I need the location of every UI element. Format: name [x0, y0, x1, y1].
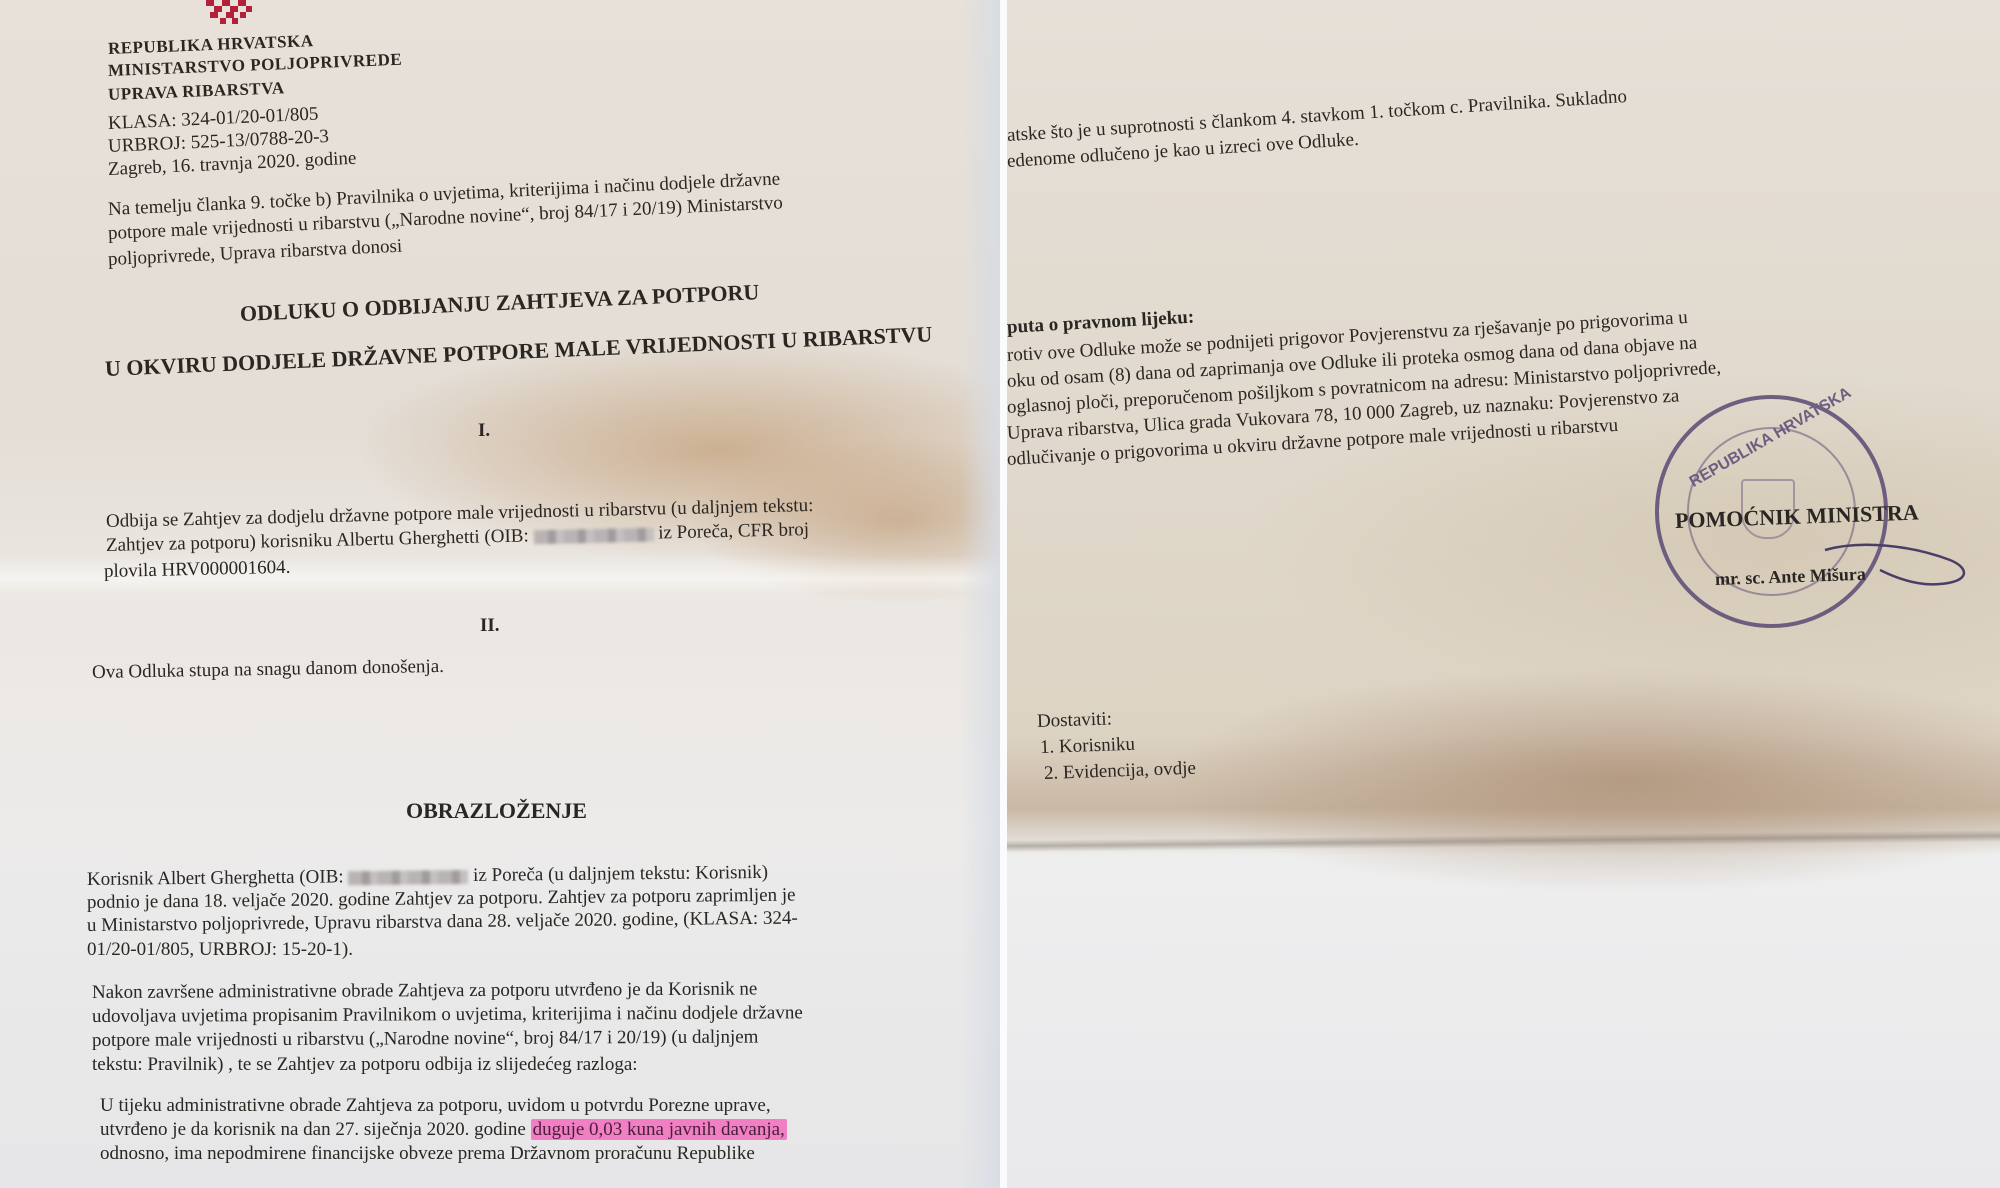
- reasoning-p1-line: u Ministarstvo poljoprivrede, Upravu rib…: [87, 909, 798, 935]
- reasoning-p3-line: U tijeku administrativne obrade Zahtjeva…: [100, 1096, 771, 1115]
- redacted-oib: [533, 527, 653, 544]
- delivery-item: 1. Korisniku: [1040, 735, 1136, 757]
- left-document-photo: REPUBLIKA HRVATSKA MINISTARSTVO POLJOPRI…: [0, 0, 1000, 1188]
- header-directorate: UPRAVA RIBARSTVA: [108, 79, 285, 103]
- reasoning-p2-line: potpore male vrijednosti u ribarstvu („N…: [92, 1028, 759, 1050]
- legal-remedy-heading: puta o pravnom lijeku:: [1007, 308, 1195, 337]
- signature-scribble-icon: [1820, 540, 1980, 600]
- paper-edge-shadow: [960, 0, 1000, 1188]
- delivery-heading: Dostaviti:: [1037, 709, 1113, 731]
- reasoning-p2-line: Nakon završene administrativne obrade Za…: [92, 980, 757, 1002]
- reasoning-p2-line: udovoljava uvjetima propisanim Pravilnik…: [92, 1003, 803, 1026]
- reasoning-heading: OBRAZLOŽENJE: [406, 800, 587, 822]
- decision-title: ODLUKU O ODBIJANJU ZAHTJEVA ZA POTPORU: [240, 281, 760, 325]
- paper-fold: [1007, 830, 2000, 852]
- redacted-oib: [348, 870, 468, 885]
- reasoning-p2-line: tekstu: Pravilnik) , te se Zahtjev za po…: [92, 1055, 638, 1074]
- section1-line: plovila HRV000001604.: [104, 558, 291, 581]
- decision-subtitle: U OKVIRU DODJELE DRŽAVNE POTPORE MALE VR…: [105, 323, 933, 380]
- coat-of-arms-icon: [200, 0, 260, 26]
- reasoning-p3-line: odnosno, ima nepodmirene financijske obv…: [100, 1144, 755, 1163]
- photo-divider: [1000, 0, 1007, 1188]
- section-numeral-2: II.: [480, 616, 500, 635]
- highlighted-debt: duguje 0,03 kuna javnih davanja,: [531, 1119, 787, 1140]
- section-numeral-1: I.: [478, 421, 490, 440]
- reasoning-p3-line: utvrđeno je da korisnik na dan 27. siječ…: [100, 1120, 787, 1139]
- delivery-item: 2. Evidencija, ovdje: [1044, 759, 1197, 783]
- section2-text: Ova Odluka stupa na snagu danom donošenj…: [92, 657, 444, 682]
- reasoning-p1-line: 01/20-01/805, URBROJ: 15-20-1).: [87, 940, 353, 959]
